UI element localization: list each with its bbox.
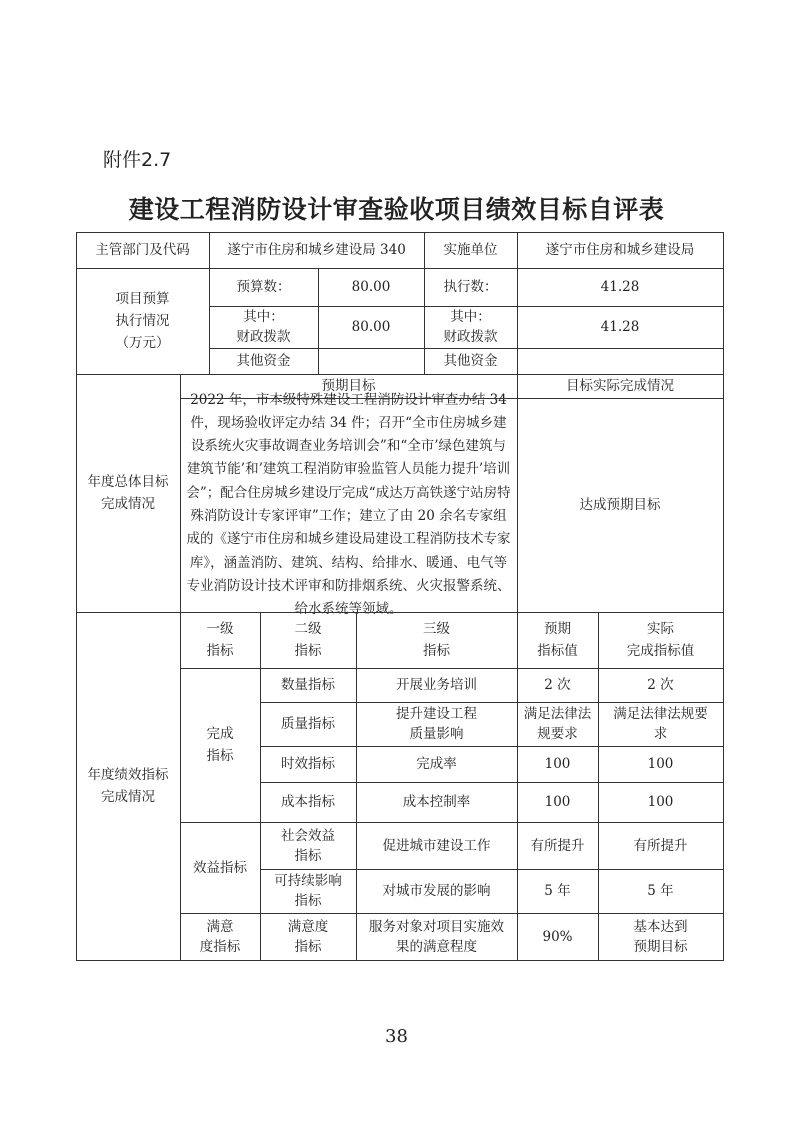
executed-value: 41.28: [517, 268, 723, 306]
other-funds-value: [318, 348, 424, 374]
expected-goal-text: 2022 年，市本级特殊建设工程消防设计审查办结 34 件，现场验收评定办结 3…: [180, 389, 517, 622]
grid-line: [723, 232, 724, 961]
actual-goal-text: 达成预期目标: [517, 398, 723, 612]
expected-cell: 100: [517, 746, 598, 782]
fiscal-executed-value: 41.28: [517, 306, 723, 348]
grid-line: [424, 232, 425, 374]
grid-line: [260, 869, 724, 870]
executed-label: 执行数：: [424, 268, 517, 306]
header-level3: 三级 指标: [356, 612, 517, 668]
actual-cell: 满足法律法规要 求: [598, 702, 723, 746]
expected-goal-cell: 2022 年，市本级特殊建设工程消防设计审查办结 34 件，现场验收评定办结 3…: [180, 398, 517, 612]
grid-line: [209, 348, 724, 349]
level2-cell: 成本指标: [260, 782, 356, 822]
level3-cell: 开展业务培训: [356, 668, 517, 702]
page-title: 建设工程消防设计审查验收项目绩效目标自评表: [0, 190, 793, 226]
actual-goal-header: 目标实际完成情况: [517, 374, 723, 398]
level2-cell: 数量指标: [260, 668, 356, 702]
expected-cell: 90%: [517, 913, 598, 960]
grid-line: [76, 612, 724, 613]
actual-cell: 基本达到 预期目标: [598, 913, 723, 960]
grid-line: [517, 232, 518, 961]
expected-cell: 2 次: [517, 668, 598, 702]
grid-line: [260, 746, 724, 747]
other-funds-label: 其他资金: [209, 348, 318, 374]
expected-cell: 有所提升: [517, 822, 598, 869]
budget-section-label: 项目预算 执行情况 （万元）: [76, 268, 209, 374]
grid-line: [209, 232, 210, 374]
impl-label: 实施单位: [424, 232, 517, 268]
header-level1: 一级 指标: [180, 612, 260, 668]
level2-cell: 满意度 指标: [260, 913, 356, 960]
actual-cell: 2 次: [598, 668, 723, 702]
grid-line: [180, 668, 724, 669]
expected-cell: 5 年: [517, 869, 598, 913]
grid-line: [598, 612, 599, 961]
actual-cell: 5 年: [598, 869, 723, 913]
level2-cell: 质量指标: [260, 702, 356, 746]
fiscal-budget-value: 80.00: [318, 306, 424, 348]
grid-line: [260, 702, 724, 703]
level1-satisfaction: 满意 度指标: [180, 913, 260, 960]
grid-line: [76, 268, 724, 269]
level2-cell: 可持续影响 指标: [260, 869, 356, 913]
grid-line: [260, 782, 724, 783]
expected-cell: 满足法律法 规要求: [517, 702, 598, 746]
annual-goal-label: 年度总体目标 完成情况: [76, 374, 180, 612]
header-level2: 二级 指标: [260, 612, 356, 668]
level2-cell: 时效指标: [260, 746, 356, 782]
performance-label: 年度绩效指标 完成情况: [76, 612, 180, 960]
grid-line: [318, 268, 319, 374]
grid-line: [76, 232, 77, 961]
budget-value: 80.00: [318, 268, 424, 306]
level3-cell: 促进城市建设工作: [356, 822, 517, 869]
grid-line: [76, 374, 724, 375]
grid-line: [260, 612, 261, 961]
actual-cell: 100: [598, 782, 723, 822]
grid-line: [76, 960, 724, 961]
grid-line: [180, 398, 724, 399]
dept-value: 遂宁市住房和城乡建设局 340: [209, 232, 424, 268]
fiscal-budget-label: 其中： 财政拨款: [209, 306, 318, 348]
other-funds-exec-value: [517, 348, 723, 374]
expected-cell: 100: [517, 782, 598, 822]
attachment-label: 附件2.7: [103, 145, 171, 172]
level3-cell: 成本控制率: [356, 782, 517, 822]
level3-cell: 完成率: [356, 746, 517, 782]
actual-cell: 有所提升: [598, 822, 723, 869]
actual-cell: 100: [598, 746, 723, 782]
grid-line: [209, 306, 724, 307]
dept-label: 主管部门及代码: [76, 232, 209, 268]
impl-value: 遂宁市住房和城乡建设局: [517, 232, 723, 268]
header-actual: 实际 完成指标值: [598, 612, 723, 668]
level1-completion: 完成 指标: [180, 668, 260, 822]
grid-line: [76, 232, 724, 233]
header-expected: 预期 指标值: [517, 612, 598, 668]
level3-cell: 对城市发展的影响: [356, 869, 517, 913]
other-funds-exec-label: 其他资金: [424, 348, 517, 374]
level2-cell: 社会效益 指标: [260, 822, 356, 869]
grid-line: [180, 822, 724, 823]
grid-line: [180, 374, 181, 961]
grid-line: [180, 913, 724, 914]
level3-cell: 服务对象对项目实施效 果的满意程度: [356, 913, 517, 960]
level3-cell: 提升建设工程 质量影响: [356, 702, 517, 746]
level1-benefit: 效益指标: [180, 822, 260, 913]
page-number: 38: [0, 1026, 793, 1047]
budget-label: 预算数：: [209, 268, 318, 306]
fiscal-executed-label: 其中： 财政拨款: [424, 306, 517, 348]
grid-line: [356, 612, 357, 961]
